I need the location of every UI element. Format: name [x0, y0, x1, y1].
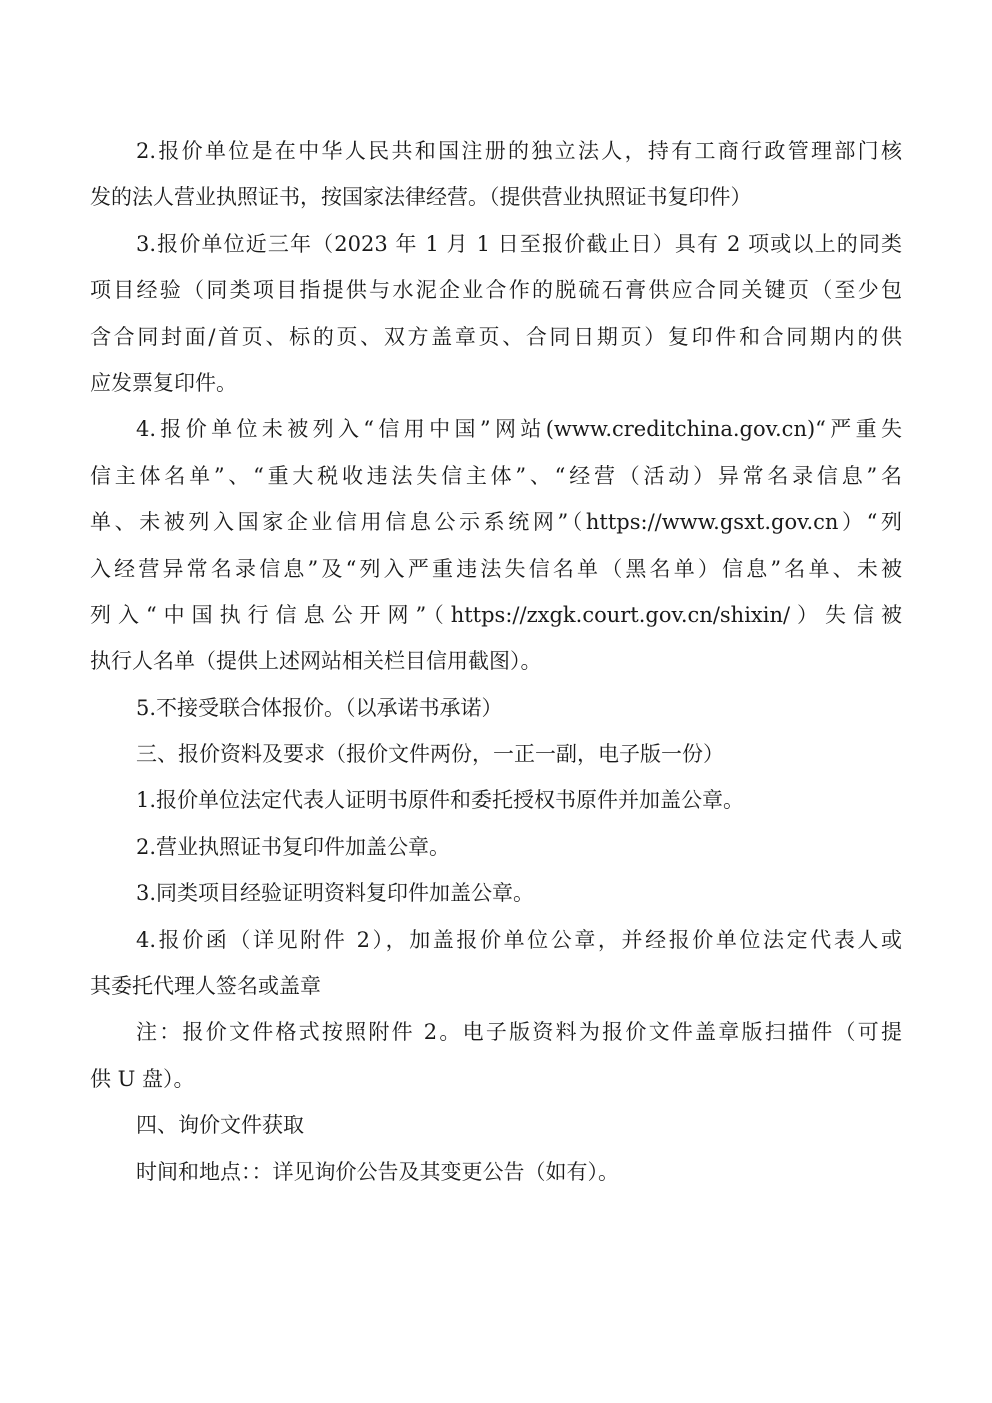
- text-line: 其委托代理人签名或盖章: [90, 963, 902, 1009]
- text-line: 时间和地点：：详见询价公告及其变更公告（如有）。: [90, 1149, 902, 1195]
- paragraph-requirement-3: 3.报价单位近三年（2023 年 1 月 1 日至报价截止日）具有 2 项或以上…: [90, 221, 902, 407]
- text-line: 供 U 盘）。: [90, 1056, 902, 1102]
- paragraph-time-place: 时间和地点：：详见询价公告及其变更公告（如有）。: [90, 1149, 902, 1195]
- text-line: 列入“中国执行信息公开网”（https://zxgk.court.gov.cn/…: [90, 592, 902, 638]
- paragraph-requirement-5: 5.不接受联合体报价。（以承诺书承诺）: [90, 685, 902, 731]
- paragraph-material-1: 1.报价单位法定代表人证明书原件和委托授权书原件并加盖公章。: [90, 777, 902, 823]
- text-line: 4.报价单位未被列入“信用中国”网站(www.creditchina.gov.c…: [90, 406, 902, 452]
- paragraph-material-3: 3.同类项目经验证明资料复印件加盖公章。: [90, 870, 902, 916]
- text-line: 3.报价单位近三年（2023 年 1 月 1 日至报价截止日）具有 2 项或以上…: [90, 221, 902, 267]
- text-line: 应发票复印件。: [90, 360, 902, 406]
- text-line: 3.同类项目经验证明资料复印件加盖公章。: [90, 870, 902, 916]
- text-line: 信主体名单”、“重大税收违法失信主体”、“经营（活动）异常名录信息”名: [90, 453, 902, 499]
- text-line: 执行人名单（提供上述网站相关栏目信用截图）。: [90, 638, 902, 684]
- text-line: 入经营异常名录信息”及“列入严重违法失信名单（黑名单）信息”名单、未被: [90, 546, 902, 592]
- paragraph-material-4: 4.报价函（详见附件 2），加盖报价单位公章，并经报价单位法定代表人或 其委托代…: [90, 917, 902, 1010]
- section-heading-3: 三、报价资料及要求（报价文件两份，一正一副，电子版一份）: [90, 731, 902, 777]
- paragraph-requirement-2: 2.报价单位是在中华人民共和国注册的独立法人，持有工商行政管理部门核 发的法人营…: [90, 128, 902, 221]
- text-line: 注：报价文件格式按照附件 2。电子版资料为报价文件盖章版扫描件（可提: [90, 1009, 902, 1055]
- document-page: 2.报价单位是在中华人民共和国注册的独立法人，持有工商行政管理部门核 发的法人营…: [90, 128, 902, 1195]
- text-line: 1.报价单位法定代表人证明书原件和委托授权书原件并加盖公章。: [90, 777, 902, 823]
- text-line: 4.报价函（详见附件 2），加盖报价单位公章，并经报价单位法定代表人或: [90, 917, 902, 963]
- text-line: 2.营业执照证书复印件加盖公章。: [90, 824, 902, 870]
- heading-text: 四、询价文件获取: [90, 1102, 902, 1148]
- text-line: 5.不接受联合体报价。（以承诺书承诺）: [90, 685, 902, 731]
- text-line: 发的法人营业执照证书，按国家法律经营。（提供营业执照证书复印件）: [90, 174, 902, 220]
- text-line: 项目经验（同类项目指提供与水泥企业合作的脱硫石膏供应合同关键页（至少包: [90, 267, 902, 313]
- text-line: 单、未被列入国家企业信用信息公示系统网”（https://www.gsxt.go…: [90, 499, 902, 545]
- paragraph-material-2: 2.营业执照证书复印件加盖公章。: [90, 824, 902, 870]
- paragraph-requirement-4: 4.报价单位未被列入“信用中国”网站(www.creditchina.gov.c…: [90, 406, 902, 684]
- heading-text: 三、报价资料及要求（报价文件两份，一正一副，电子版一份）: [90, 731, 902, 777]
- text-line: 2.报价单位是在中华人民共和国注册的独立法人，持有工商行政管理部门核: [90, 128, 902, 174]
- section-heading-4: 四、询价文件获取: [90, 1102, 902, 1148]
- text-line: 含合同封面/首页、标的页、双方盖章页、合同日期页）复印件和合同期内的供: [90, 314, 902, 360]
- paragraph-note: 注：报价文件格式按照附件 2。电子版资料为报价文件盖章版扫描件（可提 供 U 盘…: [90, 1009, 902, 1102]
